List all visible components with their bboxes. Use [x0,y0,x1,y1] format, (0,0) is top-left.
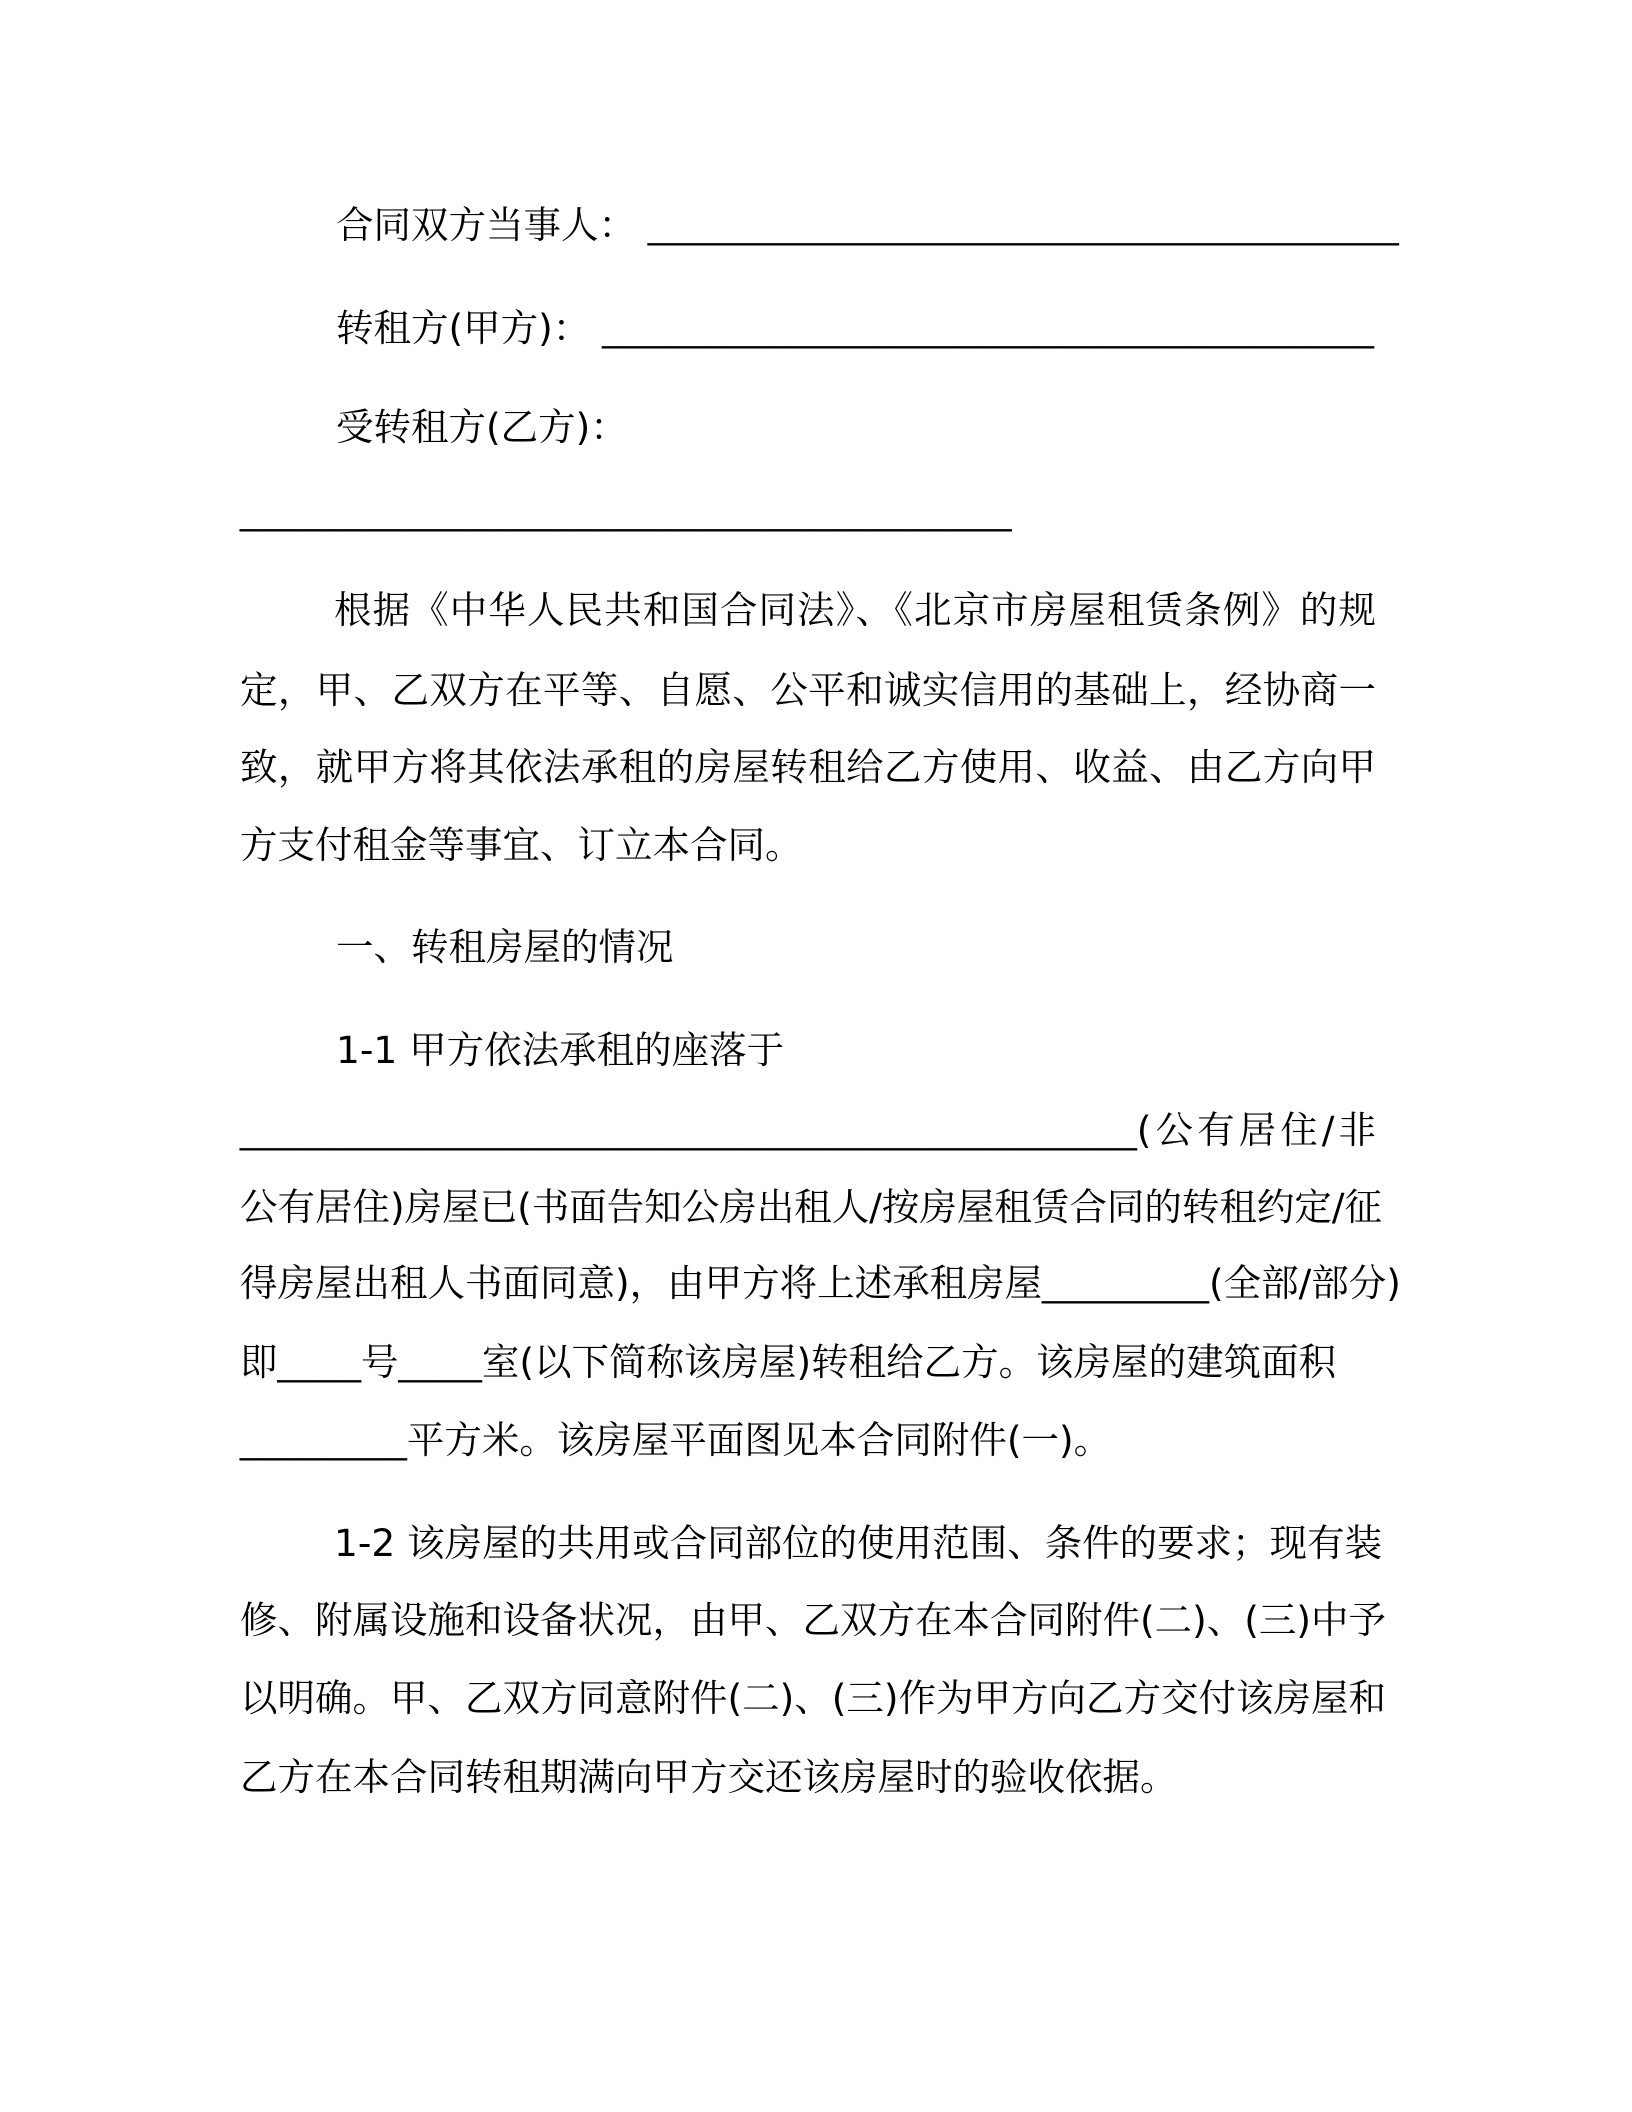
document-page: 合同双方当事人： _______________________________… [0,0,1632,2112]
scope-options: (全部/部分) [1209,1261,1401,1305]
clause-1-1-line-5: 即____号____室(以下简称该房屋)转租给乙方。该房屋的建筑面积 [240,1337,1336,1387]
both-parties-label: 合同双方当事人： [336,203,636,247]
clause-1-2-line-1: 1-2 该房屋的共用或合同部位的使用范围、条件的要求；现有装 [334,1518,1376,1568]
party-b-label: 受转租方(乙方)： [336,405,628,449]
both-parties-line: 合同双方当事人： _______________________________… [336,200,1399,250]
clause-1-1-line-6: ________平方米。该房屋平面图见本合同附件(一)。 [240,1415,1111,1465]
ji-text: 即 [240,1340,278,1384]
clause-1-2-line-4: 乙方在本合同转租期满向甲方交还该房屋时的验收依据。 [240,1752,1178,1802]
clause-1-1-line-3: 公有居住)房屋已(书面告知公房出租人/按房屋租赁合同的转租约定/征 [240,1182,1376,1232]
section-1-heading: 一、转租房屋的情况 [336,922,674,972]
clause-1-1-line-2: ________________________________________… [240,1105,1376,1155]
party-b-blank-line: _____________________________________ [240,486,1012,536]
preamble-line-2: 定，甲、乙双方在平等、自愿、公平和诚实信用的基础上，经协商一 [240,665,1376,715]
building-number-blank: ____ [278,1341,361,1383]
scope-blank: ________ [1042,1262,1209,1304]
both-parties-blank: ____________________________________ [648,204,1399,246]
hao-text: 号 [361,1340,399,1384]
party-a-blank: _____________________________________ [602,307,1374,349]
consent-text: 得房屋出租人书面同意)，由甲方将上述承租房屋 [240,1261,1042,1305]
clause-1-2-line-3: 以明确。甲、乙双方同意附件(二)、(三)作为甲方向乙方交付该房屋和 [240,1673,1376,1723]
room-text: 室(以下简称该房屋)转租给乙方。该房屋的建筑面积 [482,1340,1336,1384]
preamble-line-4: 方支付租金等事宜、订立本合同。 [240,820,803,870]
party-b-blank: _____________________________________ [240,490,1012,532]
location-blank: ________________________________________… [240,1109,1137,1151]
preamble-line-1: 根据《中华人民共和国合同法》、《北京市房屋租赁条例》的规 [334,585,1376,635]
preamble-line-3: 致，就甲方将其依法承租的房屋转租给乙方使用、收益、由乙方向甲 [240,742,1376,792]
clause-1-2-line-2: 修、附属设施和设备状况，由甲、乙双方在本合同附件(二)、(三)中予 [240,1595,1376,1645]
party-a-label: 转租方(甲方)： [336,306,590,350]
area-blank: ________ [240,1419,407,1461]
room-number-blank: ____ [398,1341,481,1383]
area-text: 平方米。该房屋平面图见本合同附件(一)。 [407,1418,1111,1462]
party-b-line: 受转租方(乙方)： [336,402,628,452]
clause-1-1-line-1: 1-1 甲方依法承租的座落于 [336,1025,784,1075]
clause-1-1-line-4: 得房屋出租人书面同意)，由甲方将上述承租房屋________(全部/部分) [240,1258,1376,1308]
party-a-line: 转租方(甲方)： _______________________________… [336,303,1374,353]
housing-type-text: (公有居住/非 [1137,1108,1376,1152]
